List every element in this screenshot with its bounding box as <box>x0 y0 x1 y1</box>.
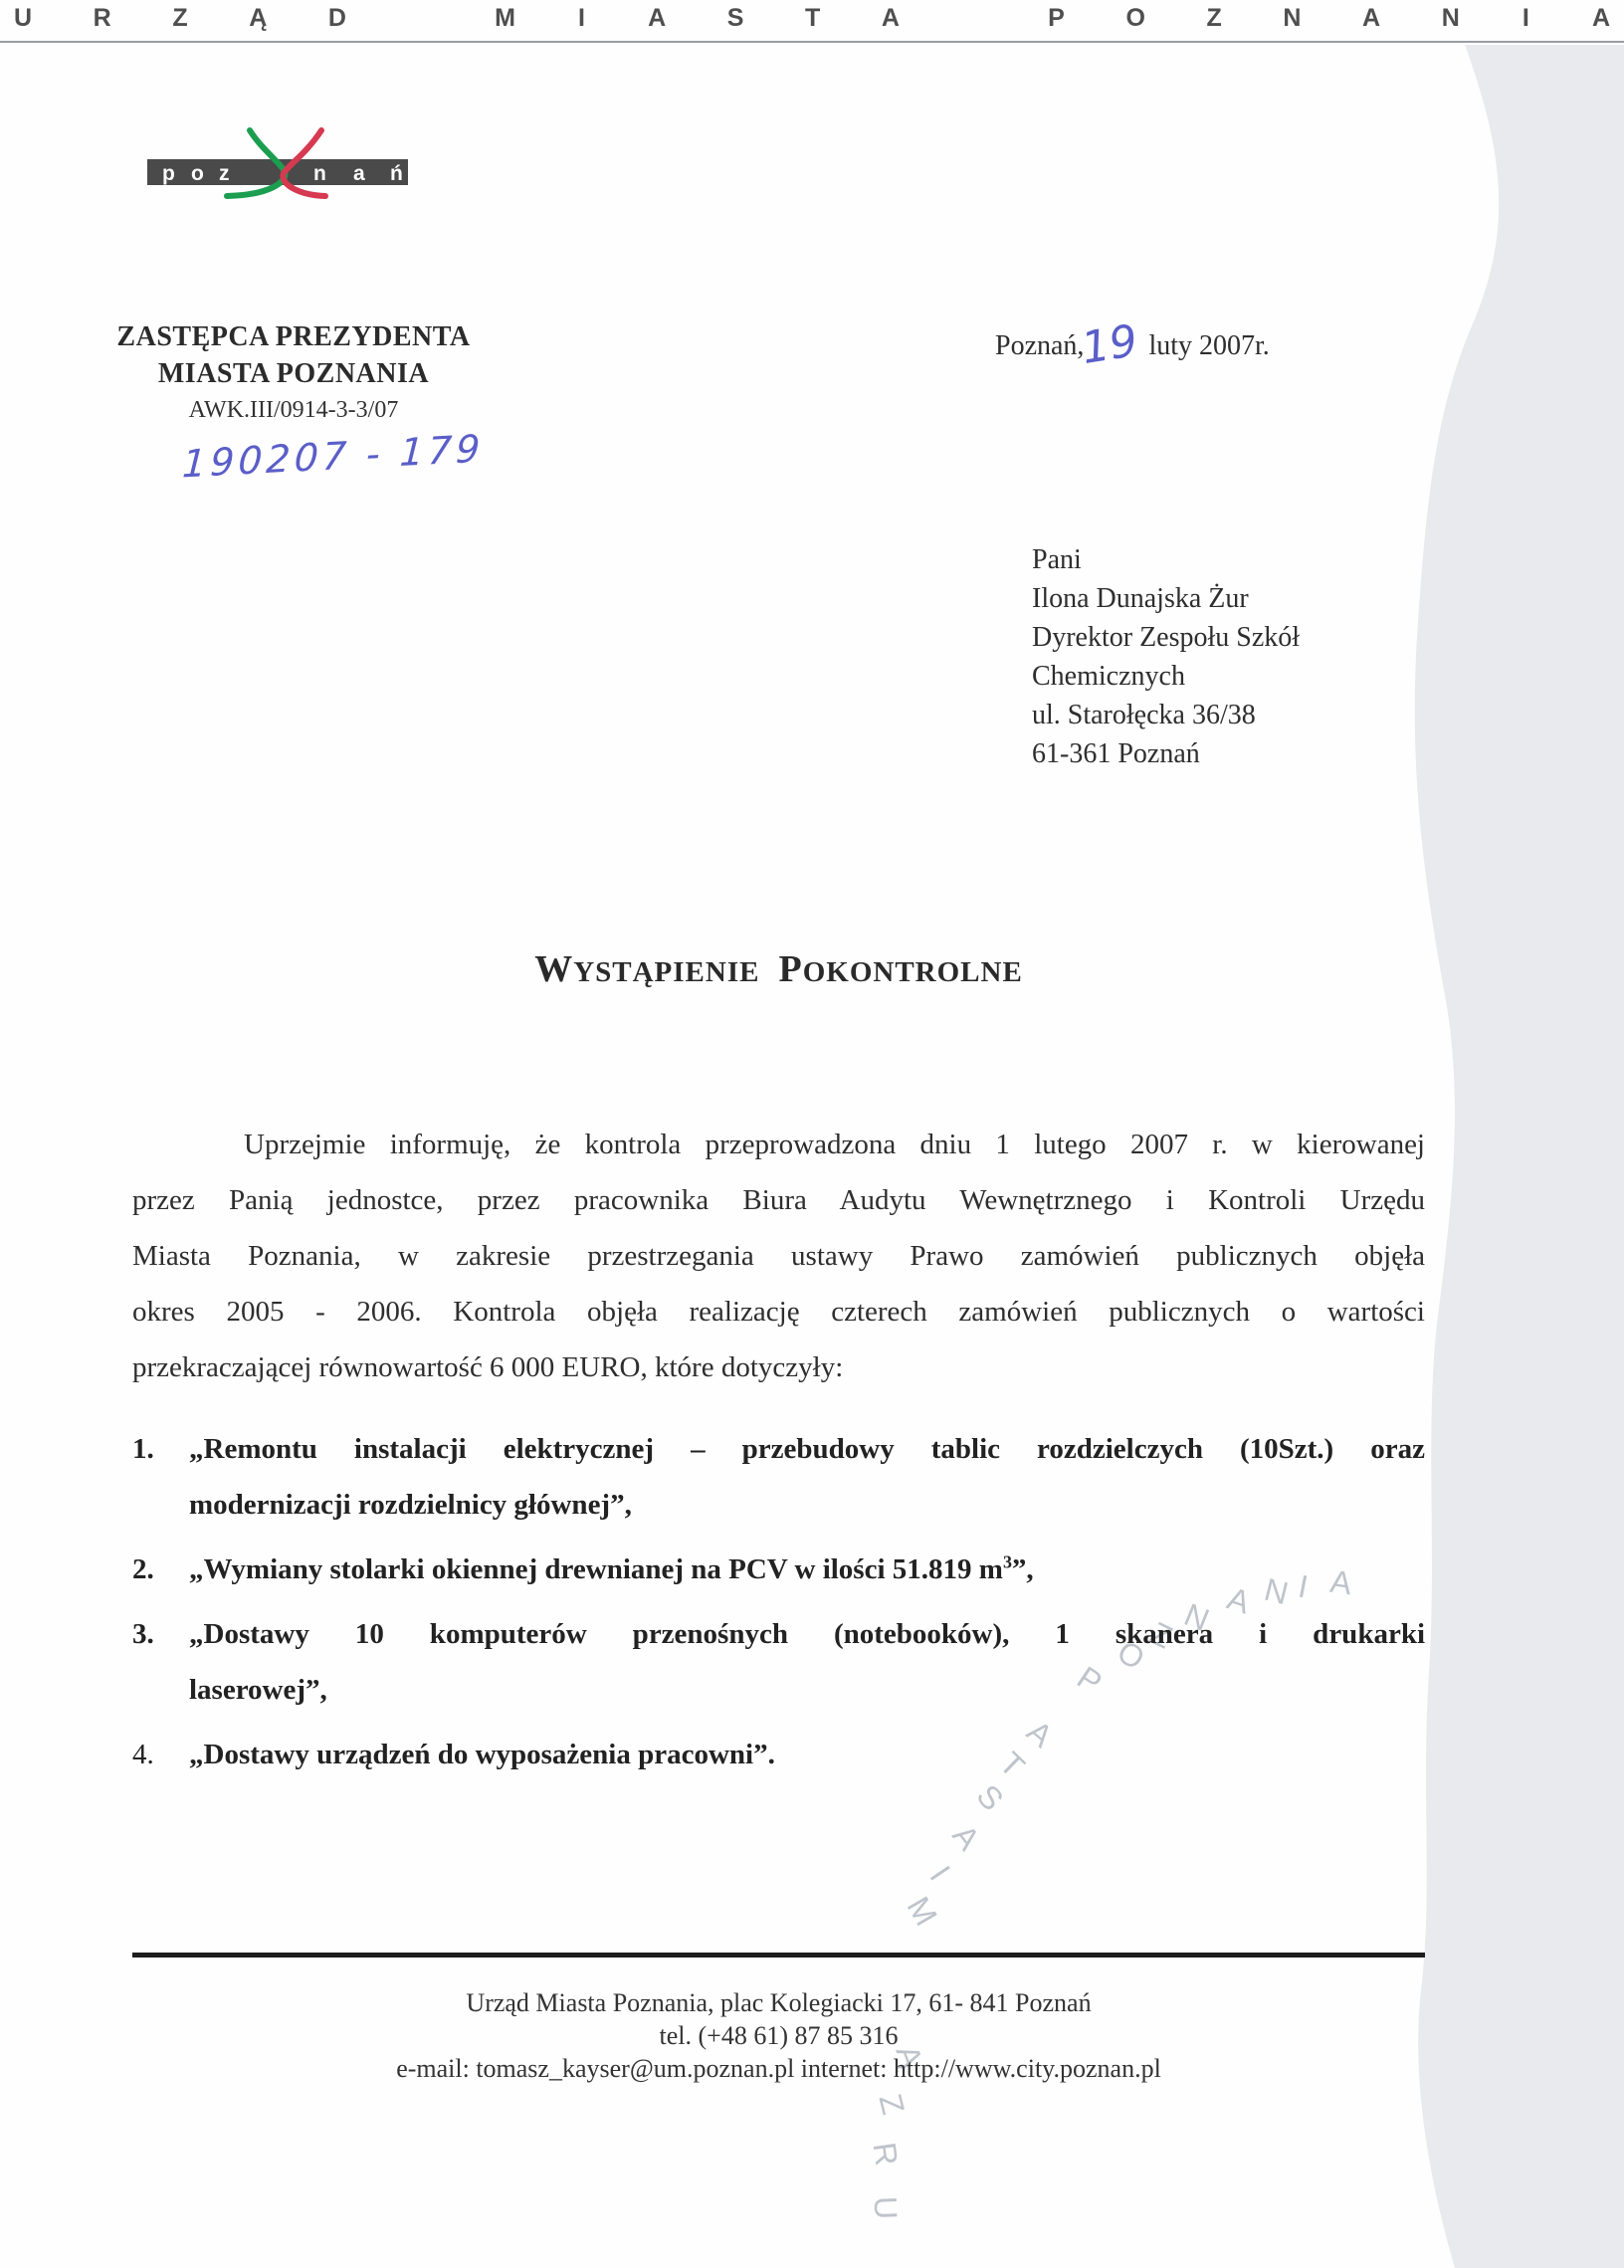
case-reference-number: AWK.III/0914-3-3/07 <box>95 395 493 425</box>
scan-band-shape <box>1415 45 1624 2268</box>
banner-letter: O <box>1125 4 1144 33</box>
document-title: WYSTĄPIENIE POKONTROLNE <box>132 947 1425 991</box>
recipient-line: Dyrektor Zespołu Szkół <box>1032 618 1300 657</box>
title-word-rest: OKONTROLNE <box>803 956 1023 988</box>
banner-letter: Z <box>1207 4 1222 33</box>
banner-letter: A <box>882 4 900 33</box>
recipient-block: PaniIlona Dunajska ŻurDyrektor Zespołu S… <box>1032 540 1300 773</box>
list-item: 2.„Wymiany stolarki okiennej drewnianej … <box>132 1542 1425 1597</box>
banner-letter: A <box>648 4 666 33</box>
banner-letter: U <box>14 4 32 33</box>
banner-letter: I <box>1521 4 1530 33</box>
list-item: 1.„Remontu instalacji elektrycznej – prz… <box>132 1421 1425 1533</box>
banner-letter: M <box>495 4 515 33</box>
banner-letter: I <box>577 4 587 33</box>
recipient-line: Pani <box>1032 540 1300 579</box>
sender-title-line2: MIASTA POZNANIA <box>95 355 493 392</box>
banner-letter: P <box>1048 4 1065 33</box>
letterhead-rule <box>0 41 1624 43</box>
list-item-text: „Remontu instalacji elektrycznej – przeb… <box>189 1421 1425 1533</box>
poznan-logo: p o z n a ń <box>144 114 413 209</box>
banner-letter: N <box>1283 4 1301 33</box>
audit-items-list: 1.„Remontu instalacji elektrycznej – prz… <box>132 1421 1425 1791</box>
body-paragraph: Uprzejmie informuję, że kontrola przepro… <box>132 1117 1425 1395</box>
sender-title-line1: ZASTĘPCA PREZYDENTA <box>95 318 493 355</box>
banner-word-gap <box>961 4 987 33</box>
banner-letter: S <box>727 4 744 33</box>
list-item: 4.„Dostawy urządzeń do wyposażenia praco… <box>132 1727 1425 1782</box>
list-item: 3.„Dostawy 10 komputerów przenośnych (no… <box>132 1606 1425 1718</box>
dateline: Poznań,19 luty 2007r. <box>995 314 1270 365</box>
paragraph-line: Miasta Poznania, w zakresie przestrzegan… <box>132 1228 1425 1284</box>
list-item-line: „Dostawy 10 komputerów przenośnych (note… <box>189 1606 1425 1662</box>
footer-block: Urząd Miasta Poznania, plac Kolegiacki 1… <box>132 1986 1425 2085</box>
logo-letter: ń <box>390 162 403 185</box>
footer-phone: tel. (+48 61) 87 85 316 <box>132 2019 1425 2052</box>
paragraph-line: Uprzejmie informuję, że kontrola przepro… <box>132 1117 1425 1172</box>
title-word-lead: P <box>778 948 802 990</box>
recipient-line: Ilona Dunajska Żur <box>1032 579 1300 618</box>
scanned-letter-page: URZĄDMIASTAPOZNANIA p o z n a ń ZASTĘPCA… <box>0 0 1624 2268</box>
title-word: POKONTROLNE <box>778 968 1022 985</box>
banner-letter: D <box>328 4 346 33</box>
title-word-rest: YSTĄPIENIE <box>573 956 759 988</box>
list-item-text: „Wymiany stolarki okiennej drewnianej na… <box>189 1542 1425 1597</box>
recipient-line: Chemicznych <box>1032 657 1300 696</box>
logo-letter: a <box>353 162 365 185</box>
paragraph-line: przekraczającej równowartość 6 000 EURO,… <box>132 1340 1425 1395</box>
list-item-line: laserowej”, <box>189 1662 1425 1718</box>
banner-letter: T <box>805 4 820 33</box>
logo-letter: o <box>191 162 204 185</box>
banner-word-gap <box>408 4 434 33</box>
footer-rule <box>132 1953 1425 1958</box>
list-item-number: 3. <box>132 1606 189 1718</box>
banner-letter: R <box>94 4 111 33</box>
list-item-line: „Remontu instalacji elektrycznej – przeb… <box>189 1421 1425 1477</box>
list-item-line: „Dostawy urządzeń do wyposażenia pracown… <box>189 1727 1425 1782</box>
list-item-number: 1. <box>132 1421 189 1533</box>
banner-letter: A <box>1362 4 1380 33</box>
logo-letter: z <box>219 162 230 185</box>
superscript: 3 <box>1003 1551 1012 1571</box>
sender-block: ZASTĘPCA PREZYDENTA MIASTA POZNANIA AWK.… <box>95 318 493 479</box>
dateline-rest: luty 2007r. <box>1141 330 1269 361</box>
list-item-line: modernizacji rozdzielnicy głównej”, <box>189 1477 1425 1533</box>
handwritten-day: 19 <box>1079 315 1141 374</box>
title-word-lead: W <box>534 948 573 990</box>
recipient-line: ul. Starołęcka 36/38 <box>1032 696 1300 734</box>
banner-letter: Ą <box>249 4 267 33</box>
footer-email-internet: e-mail: tomasz_kayser@um.poznan.pl inter… <box>132 2052 1425 2085</box>
watermark-letter: U <box>867 2195 905 2219</box>
list-item-line: „Wymiany stolarki okiennej drewnianej na… <box>189 1542 1425 1597</box>
paragraph-line: przez Panią jednostce, przez pracownika … <box>132 1172 1425 1228</box>
list-item-tail: ”, <box>1012 1553 1034 1585</box>
list-item-number: 2. <box>132 1542 189 1597</box>
banner-letter: Z <box>172 4 187 33</box>
letterhead-banner: URZĄDMIASTAPOZNANIA <box>0 4 1624 33</box>
logo-letter: n <box>313 162 326 185</box>
dateline-city: Poznań, <box>995 330 1084 361</box>
logo-letter: p <box>162 162 175 185</box>
list-item-number: 4. <box>132 1727 189 1782</box>
banner-letter: A <box>1592 4 1610 33</box>
title-word: WYSTĄPIENIE <box>534 968 759 985</box>
recipient-line: 61-361 Poznań <box>1032 734 1300 773</box>
list-item-text: „Dostawy 10 komputerów przenośnych (note… <box>189 1606 1425 1718</box>
list-item-text: „Dostawy urządzeń do wyposażenia pracown… <box>189 1727 1425 1782</box>
footer-address: Urząd Miasta Poznania, plac Kolegiacki 1… <box>132 1986 1425 2019</box>
banner-letter: N <box>1442 4 1460 33</box>
paragraph-line: okres 2005 - 2006. Kontrola objęła reali… <box>132 1284 1425 1340</box>
